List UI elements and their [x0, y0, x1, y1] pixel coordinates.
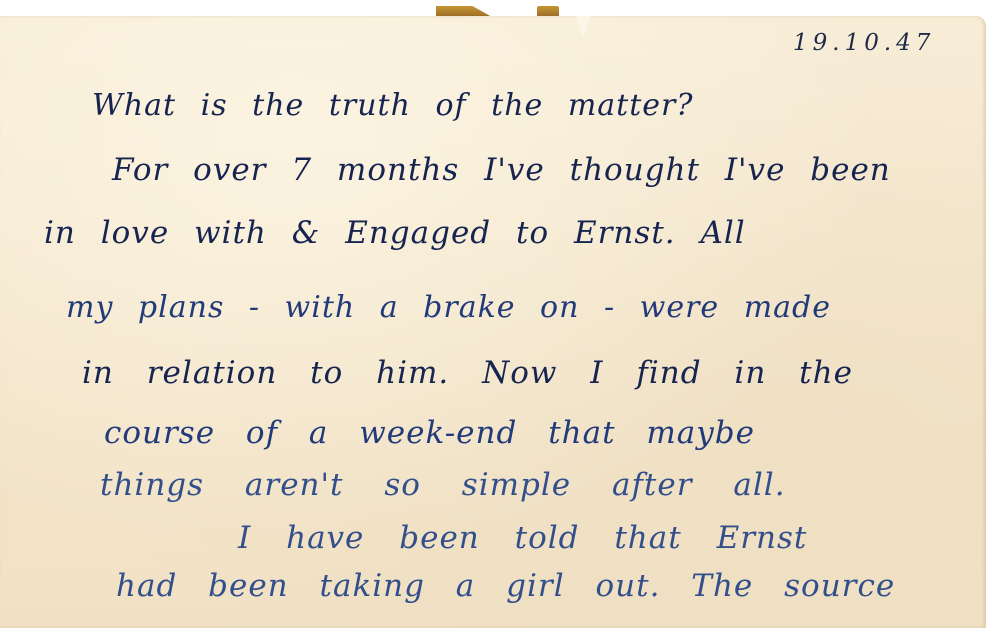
- letter-line: my plans - with a brake on - were made: [66, 290, 831, 325]
- letter-line: For over 7 months I've thought I've been: [112, 152, 891, 188]
- letter-line: had been taking a girl out. The source: [116, 568, 895, 604]
- letter-line: things aren't so simple after all.: [100, 467, 786, 503]
- letter-line: What is the truth of the matter?: [92, 88, 693, 123]
- letter-date: 19.10.47: [793, 30, 935, 56]
- letter-line: I have been told that Ernst: [238, 520, 807, 556]
- letter-line: in relation to him. Now I find in the: [82, 355, 853, 391]
- scanned-letter: 19.10.47 What is the truth of the matter…: [0, 0, 1000, 628]
- letter-line: in love with & Engaged to Ernst. All: [44, 215, 746, 251]
- letter-line: course of a week-end that maybe: [104, 415, 755, 451]
- paper-tear: [575, 16, 591, 38]
